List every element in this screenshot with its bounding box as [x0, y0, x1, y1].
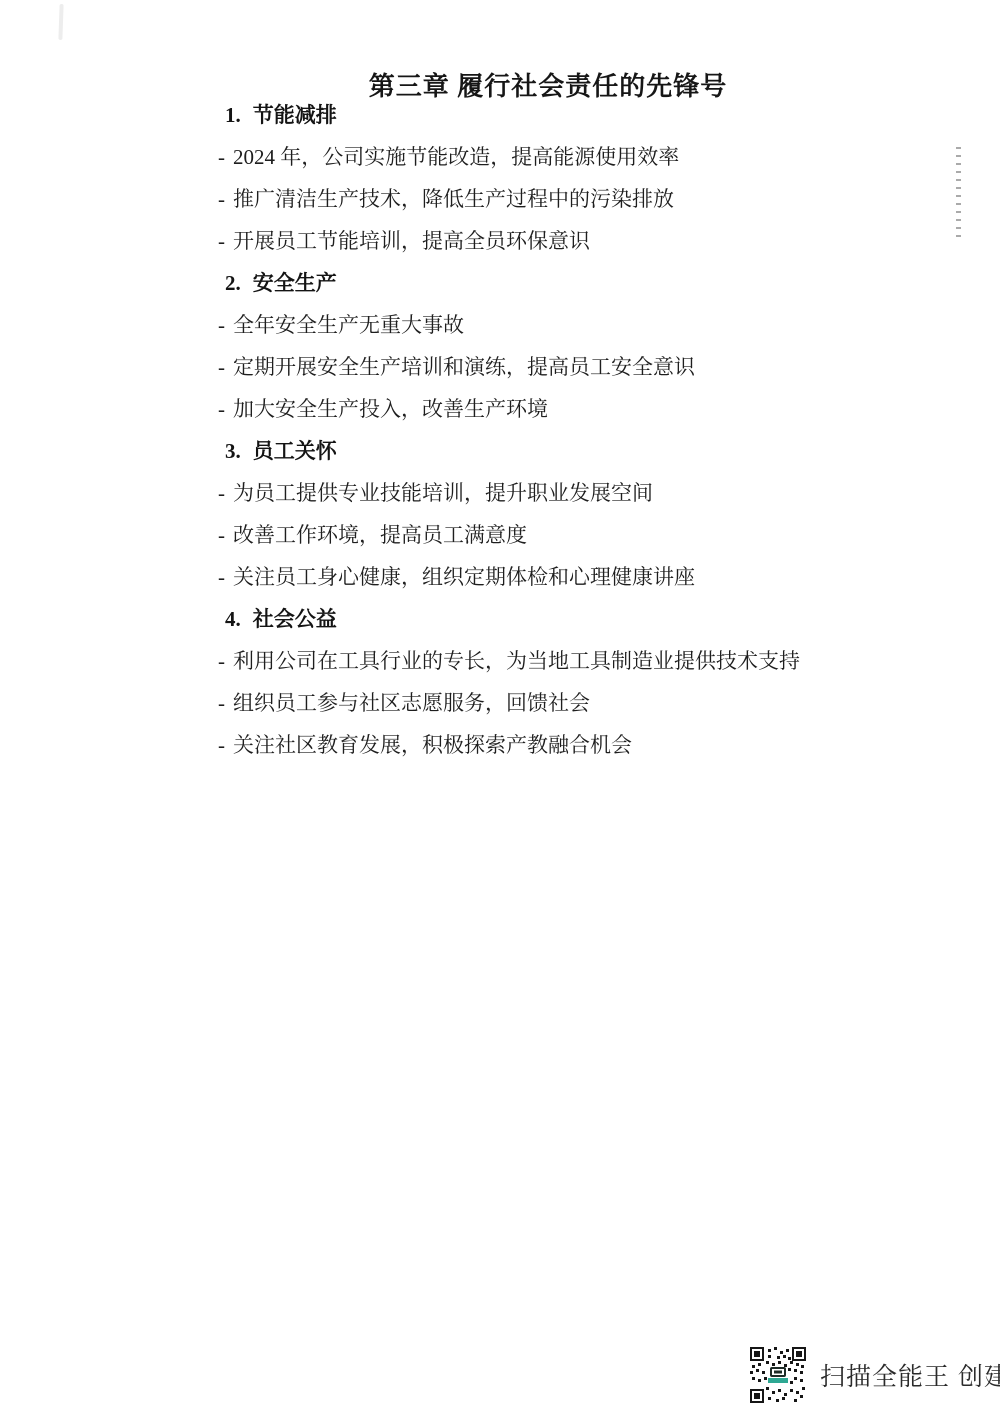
bullet-text: 推广清洁生产技术，降低生产过程中的污染排放 [233, 187, 674, 211]
bullet-text: 加大安全生产投入，改善生产环境 [233, 397, 548, 421]
section-heading-2: 2.安全生产 [218, 262, 938, 304]
scan-edge-marks-artifact [956, 147, 961, 239]
bullet-line: -推广清洁生产技术，降低生产过程中的污染排放 [218, 178, 938, 220]
section-heading-4: 4.社会公益 [218, 598, 938, 640]
section-heading-3: 3.员工关怀 [218, 430, 938, 472]
bullet-line: -开展员工节能培训，提高全员环保意识 [218, 220, 938, 262]
bullet-text: 组织员工参与社区志愿服务，回馈社会 [233, 691, 590, 715]
bullet-text: 为员工提供专业技能培训，提升职业发展空间 [233, 481, 653, 505]
camscanner-watermark: 扫描全能王 创建 [750, 1347, 1000, 1403]
bullet-line: -组织员工参与社区志愿服务，回馈社会 [218, 682, 938, 724]
camscanner-qr-code-icon [750, 1347, 806, 1403]
section-heading-text: 节能减排 [253, 103, 337, 127]
bullet-text: 改善工作环境，提高员工满意度 [233, 523, 527, 547]
section-heading-text: 社会公益 [253, 607, 337, 631]
section-heading-text: 员工关怀 [253, 439, 337, 463]
bullet-dash: - [218, 313, 225, 337]
bullet-dash: - [218, 187, 225, 211]
bullet-dash: - [218, 523, 225, 547]
section-number: 4. [225, 607, 241, 631]
bullet-line: -关注社区教育发展，积极探索产教融合机会 [218, 724, 938, 766]
section-number: 3. [225, 439, 241, 463]
bullet-text: 关注社区教育发展，积极探索产教融合机会 [233, 733, 632, 757]
bullet-dash: - [218, 649, 225, 673]
bullet-line: -为员工提供专业技能培训，提升职业发展空间 [218, 472, 938, 514]
bullet-text: 全年安全生产无重大事故 [233, 313, 464, 337]
watermark-text: 扫描全能王 创建 [820, 1357, 1000, 1393]
bullet-line: -加大安全生产投入，改善生产环境 [218, 388, 938, 430]
bullet-dash: - [218, 565, 225, 589]
section-number: 2. [225, 271, 241, 295]
bullet-line: -定期开展安全生产培训和演练，提高员工安全意识 [218, 346, 938, 388]
bullet-text: 定期开展安全生产培训和演练，提高员工安全意识 [233, 355, 695, 379]
bullet-dash: - [218, 397, 225, 421]
bullet-dash: - [218, 355, 225, 379]
bullet-line: -改善工作环境，提高员工满意度 [218, 514, 938, 556]
document-page: 第三章 履行社会责任的先锋号 1.节能减排 -2024 年，公司实施节能改造，提… [0, 0, 1000, 1415]
bullet-dash: - [218, 145, 225, 169]
bullet-line: -全年安全生产无重大事故 [218, 304, 938, 346]
bullet-text: 关注员工身心健康，组织定期体检和心理健康讲座 [233, 565, 695, 589]
scan-smudge-artifact [58, 4, 63, 40]
bullet-line: -利用公司在工具行业的专长，为当地工具制造业提供技术支持 [218, 640, 938, 682]
bullet-dash: - [218, 691, 225, 715]
bullet-text: 开展员工节能培训，提高全员环保意识 [233, 229, 590, 253]
bullet-line: -关注员工身心健康，组织定期体检和心理健康讲座 [218, 556, 938, 598]
section-heading-1: 1.节能减排 [218, 94, 938, 136]
bullet-dash: - [218, 481, 225, 505]
bullet-text: 2024 年，公司实施节能改造，提高能源使用效率 [233, 145, 679, 169]
bullet-dash: - [218, 229, 225, 253]
bullet-text: 利用公司在工具行业的专长，为当地工具制造业提供技术支持 [233, 649, 800, 673]
bullet-line: -2024 年，公司实施节能改造，提高能源使用效率 [218, 136, 938, 178]
section-number: 1. [225, 103, 241, 127]
document-body: 1.节能减排 -2024 年，公司实施节能改造，提高能源使用效率 -推广清洁生产… [218, 94, 938, 766]
bullet-dash: - [218, 733, 225, 757]
section-heading-text: 安全生产 [253, 271, 337, 295]
